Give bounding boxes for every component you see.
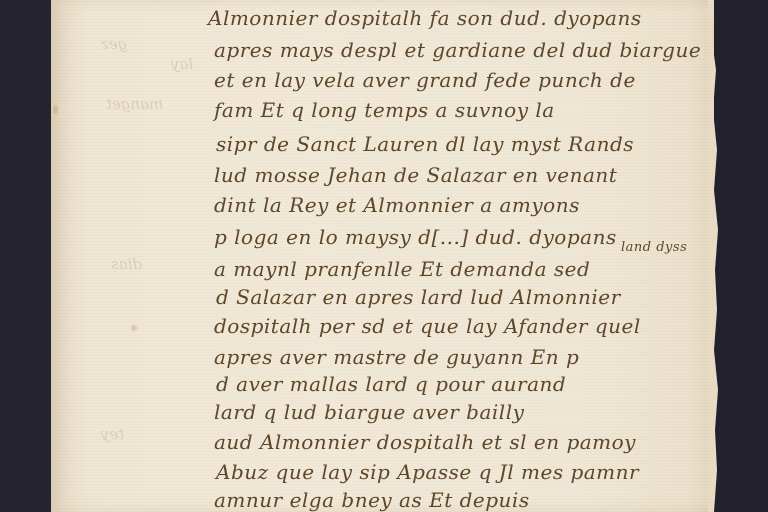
- bleed-through-text: lay: [171, 55, 193, 73]
- torn-edge: [708, 0, 720, 512]
- manuscript-line: aud Almonnier dospitalh et sl en pamoy: [214, 430, 636, 454]
- manuscript-line: Almonnier dospitalh fa son dud. dyopans: [208, 6, 642, 30]
- manuscript-line: dospitalh per sd et que lay Afander quel: [214, 314, 641, 338]
- manuscript-page: gez lay manget dias tey Almonnier dospit…: [51, 0, 714, 512]
- manuscript-line: dint la Rey et Almonnier a amyons: [214, 193, 580, 217]
- manuscript-line: apres aver mastre de guyann En p: [214, 345, 579, 369]
- manuscript-line: d aver mallas lard q pour aurand: [216, 372, 566, 396]
- manuscript-line: d Salazar en apres lard lud Almonnier: [216, 285, 621, 309]
- manuscript-line: a maynl pranfenlle Et demanda sed: [214, 257, 590, 281]
- bleed-through-text: gez: [101, 35, 127, 53]
- manuscript-line: apres mays despl et gardiane del dud bia…: [214, 38, 701, 62]
- manuscript-line: et en lay vela aver grand fede punch de: [214, 68, 636, 92]
- bleed-through-text: manget: [106, 95, 163, 113]
- paper-stain: [53, 105, 58, 114]
- bleed-through-text: tey: [101, 425, 124, 443]
- manuscript-line: sipr de Sanct Lauren dl lay myst Rands: [216, 132, 634, 156]
- manuscript-line: amnur elga bney as Et depuis: [214, 488, 530, 512]
- manuscript-line: lard q lud biargue aver bailly: [214, 400, 524, 424]
- manuscript-line: Abuz que lay sip Apasse q Jl mes pamnr: [216, 460, 639, 484]
- paper-stain: [131, 325, 137, 331]
- manuscript-line: fam Et q long temps a suvnoy la: [214, 98, 555, 122]
- bleed-through-text: dias: [111, 255, 142, 273]
- manuscript-line: p loga en lo maysy d[...] dud. dyopans: [214, 225, 617, 249]
- interlinear-annotation: land dyss: [621, 240, 687, 255]
- scan-background-left: [0, 0, 52, 512]
- manuscript-line: lud mosse Jehan de Salazar en venant: [214, 163, 617, 187]
